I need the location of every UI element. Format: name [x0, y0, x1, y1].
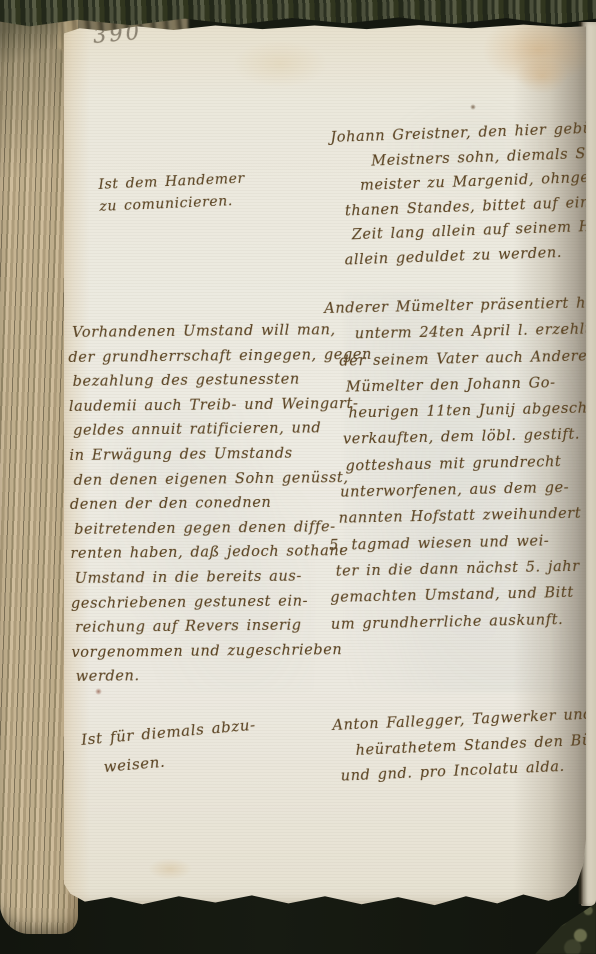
foxing-stain — [148, 858, 192, 880]
entry-left-response: Vorhandenen Umstand will man,der grundhe… — [68, 318, 375, 690]
handwritten-line: reichung auf Revers inserig — [75, 613, 375, 641]
handwritten-line: den denen eigenen Sohn genüsst, — [74, 465, 374, 493]
handwritten-line: beitretenden gegen denen diffe- — [74, 515, 374, 543]
handwritten-line: geldes annuit ratificieren, und — [73, 416, 373, 444]
margin-note-bottom: Ist für diemals abzu-weisen. — [80, 711, 259, 784]
entry-right-1: Johann Greistner, den hier gebürtigenMei… — [330, 115, 586, 273]
handwritten-line: bezahlung des gestunessten — [73, 367, 373, 395]
handwritten-line: laudemii auch Treib- und Weingart- — [69, 392, 373, 420]
handwritten-line: in Erwägung des Umstands — [69, 441, 373, 469]
margin-note-top: Ist dem Handemerzu comunicieren. — [98, 168, 246, 218]
entry-bottom-right: Anton Fallegger, Tagwerker undheürathete… — [332, 702, 586, 790]
handwritten-line: werden. — [76, 662, 376, 690]
manuscript-page: 390 Ist dem Handemerzu comunicieren. Joh… — [64, 22, 586, 906]
foxing-stain — [482, 22, 586, 86]
handwritten-line: unterm 24ten April l. erzehlt, wie — [355, 315, 586, 348]
ink-speck — [470, 104, 476, 110]
handwritten-line: der grundherrschaft eingegen, gegen — [68, 342, 372, 370]
handwritten-line: geschriebenen gestunest ein- — [71, 588, 375, 616]
handwritten-line: vorgenommen und zugeschrieben — [71, 638, 375, 666]
handwritten-line: denen der den conednen — [70, 490, 374, 518]
handwritten-line: Umstand in die bereits aus- — [75, 564, 375, 592]
foxing-stain — [516, 58, 568, 94]
handwritten-line: Vorhandenen Umstand will man, — [72, 318, 372, 346]
handwritten-line: renten haben, daß jedoch sothane — [70, 539, 374, 567]
foxing-stain — [232, 40, 328, 88]
manuscript-photo: 390 Ist dem Handemerzu comunicieren. Joh… — [0, 0, 596, 954]
